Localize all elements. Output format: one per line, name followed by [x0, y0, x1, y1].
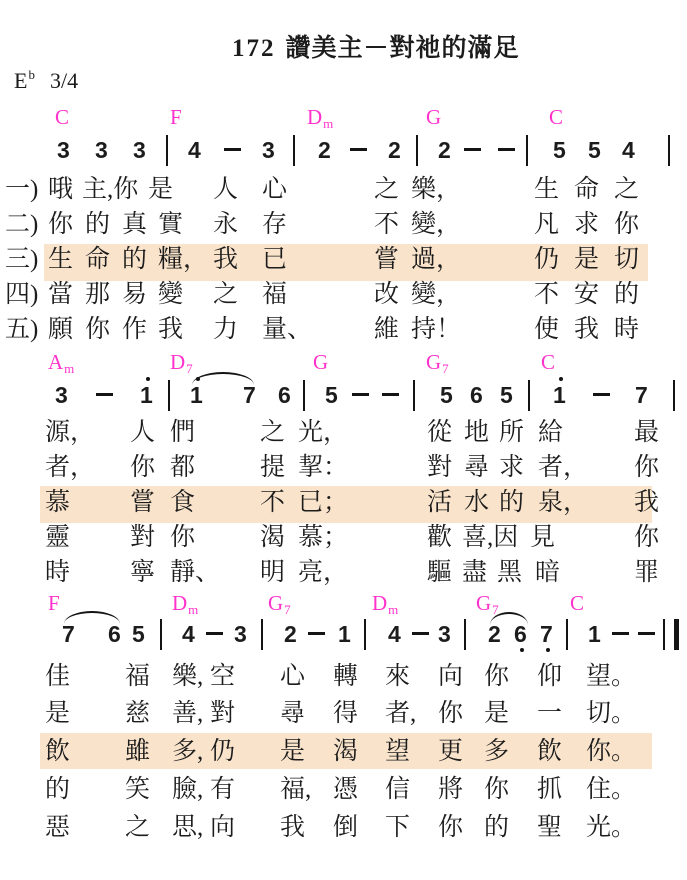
note-digit: 5	[500, 383, 513, 407]
bar-line	[168, 380, 170, 411]
lyric-token: 量、	[262, 316, 312, 344]
lyric-token: 二)	[5, 211, 38, 239]
note-digit: 1	[190, 383, 203, 407]
lyric-token: 將	[438, 776, 463, 804]
lyric-token: 仍	[210, 738, 235, 766]
lyric-token: 福	[125, 663, 150, 691]
chord-label: C	[55, 106, 69, 128]
note-digit: 3	[57, 138, 70, 162]
hymn-sheet-page: 172讚美主－對祂的滿足 Eb3/4 CFDmGCAmD7GG7CFDmG7Dm…	[0, 0, 687, 880]
lyric-token: 心	[262, 176, 287, 204]
lyric-token: 者，	[538, 454, 588, 482]
lyric-token: 提	[260, 454, 285, 482]
slur-arc	[192, 372, 254, 385]
note-dash	[498, 148, 515, 151]
lyric-token: 已；	[298, 489, 348, 517]
lyric-token: 從	[427, 419, 452, 447]
hymn-title: 172讚美主－對祂的滿足	[232, 28, 520, 64]
lyric-token: 驅	[427, 559, 452, 587]
lyric-token: 的	[45, 776, 70, 804]
lyric-token: 活	[427, 489, 452, 517]
lyric-token: 飲	[537, 738, 562, 766]
lyric-token: 地	[464, 419, 489, 447]
lyric-token: 挈：	[298, 454, 348, 482]
lyric-token: 我	[574, 316, 599, 344]
lyric-token: 嘗	[130, 489, 155, 517]
lyric-token: 生	[48, 246, 73, 274]
note-digit: 3	[55, 383, 68, 407]
note-dash	[352, 393, 369, 396]
lyric-token: 惡	[45, 814, 70, 842]
octave-dot-low	[546, 648, 550, 652]
lyric-token: 生	[534, 176, 559, 204]
lyric-token: 多	[484, 738, 509, 766]
lyric-token: 罪	[634, 559, 659, 587]
chord-root: G	[476, 591, 491, 615]
lyric-token: 仰	[537, 663, 562, 691]
note-dash	[382, 393, 399, 396]
note-digit: 4	[388, 622, 401, 646]
hymn-name: 讚美主－對祂的滿足	[286, 35, 520, 62]
chord-root: D	[172, 591, 187, 615]
lyric-token: 一)	[5, 176, 38, 204]
bar-line	[166, 135, 168, 166]
lyric-token: 你	[170, 524, 195, 552]
lyric-token: 願	[48, 316, 73, 344]
lyric-token: 靜、	[170, 559, 220, 587]
lyric-token: 倒	[333, 814, 358, 842]
note-digit: 2	[488, 622, 501, 646]
note-digit: 3	[234, 622, 247, 646]
lyric-token: 求	[574, 211, 599, 239]
lyric-token: 向	[438, 663, 463, 691]
lyric-token: 所	[499, 419, 524, 447]
lyric-token: 心	[280, 663, 305, 691]
note-dash	[206, 632, 223, 635]
chord-label: G	[426, 106, 441, 128]
octave-dot-high	[559, 377, 563, 381]
lyric-token: 你	[634, 454, 659, 482]
bar-line	[413, 380, 415, 411]
lyric-token: 泉，	[538, 489, 588, 517]
lyric-token: 時	[614, 316, 639, 344]
lyric-token: 你	[438, 700, 463, 728]
lyric-token: 變，	[411, 281, 461, 309]
lyric-token: 哦	[48, 176, 73, 204]
chord-root: G	[426, 350, 441, 374]
lyric-token: 樂,	[172, 663, 203, 691]
lyric-token: 福	[262, 281, 287, 309]
lyric-token: 多,	[172, 738, 203, 766]
bar-line	[160, 619, 162, 650]
lyric-token: 過，	[411, 246, 461, 274]
lyric-token: 更	[438, 738, 463, 766]
chord-root: A	[48, 350, 63, 374]
lyric-token: 你	[48, 211, 73, 239]
lyric-token: 我	[213, 246, 238, 274]
lyric-token: 黑	[497, 559, 522, 587]
note-digit: 6	[278, 383, 291, 407]
lyric-token: 空	[210, 663, 235, 691]
lyric-token: 的	[614, 281, 639, 309]
chord-root: D	[170, 350, 185, 374]
lyric-token: 是	[45, 700, 70, 728]
lyric-token: 寧	[130, 559, 155, 587]
key-signature: Eb3/4	[14, 68, 78, 94]
lyric-token: 你	[614, 211, 639, 239]
octave-dot-low	[520, 648, 524, 652]
lyric-token: 食	[170, 489, 195, 517]
chord-root: D	[372, 591, 387, 615]
lyric-token: 切。	[586, 700, 636, 728]
chord-root: F	[48, 591, 60, 615]
lyric-token: 尋	[464, 454, 489, 482]
lyric-token: 明	[260, 559, 285, 587]
bar-line	[528, 380, 530, 411]
lyric-token: 你	[484, 776, 509, 804]
lyric-token: 的	[484, 814, 509, 842]
lyric-token: 你	[438, 814, 463, 842]
note-digit: 5	[440, 383, 453, 407]
lyric-token: 你	[85, 316, 110, 344]
note-digit: 7	[540, 622, 553, 646]
note-digit: 1	[140, 383, 153, 407]
lyric-token: 靈	[45, 524, 70, 552]
chord-root: C	[549, 105, 563, 129]
chord-label: C	[541, 351, 555, 373]
lyric-token: 亮，	[298, 559, 348, 587]
lyric-token: 安	[574, 281, 599, 309]
bar-line	[526, 135, 528, 166]
time-signature: 3/4	[50, 68, 78, 93]
bar-line	[464, 619, 466, 650]
lyric-token: 對	[210, 700, 235, 728]
note-dash	[464, 148, 481, 151]
lyric-token: 之	[374, 176, 399, 204]
lyric-token: 五)	[5, 316, 38, 344]
chord-label: G7	[426, 351, 448, 376]
chord-label: Dm	[172, 592, 197, 617]
lyric-token: 糧，	[158, 246, 208, 274]
note-digit: 2	[318, 138, 331, 162]
octave-dot-high	[146, 377, 150, 381]
lyric-token: 求	[499, 454, 524, 482]
lyric-token: 光。	[586, 814, 636, 842]
lyric-token: 望	[385, 738, 410, 766]
note-dash	[412, 632, 429, 635]
chord-subscript: m	[64, 361, 74, 376]
chord-label: F	[170, 106, 182, 128]
note-digit: 6	[108, 622, 121, 646]
lyric-token: 之	[125, 814, 150, 842]
lyric-token: 福,	[280, 776, 311, 804]
note-digit: 7	[62, 622, 75, 646]
bar-line	[668, 135, 670, 166]
bar-line	[566, 619, 568, 650]
lyric-token: 命	[85, 246, 110, 274]
note-digit: 6	[470, 383, 483, 407]
note-digit: 3	[133, 138, 146, 162]
note-dash	[308, 632, 325, 635]
lyric-token: 的	[85, 211, 110, 239]
chord-subscript: 7	[186, 361, 193, 376]
bar-line	[261, 619, 263, 650]
note-digit: 7	[243, 383, 256, 407]
note-digit: 2	[284, 622, 297, 646]
lyric-token: 慈	[125, 700, 150, 728]
lyric-token: 一	[537, 700, 562, 728]
lyric-token: 不	[374, 211, 399, 239]
chord-label: G7	[476, 592, 498, 617]
lyric-token: 轉	[333, 663, 358, 691]
chord-subscript: 7	[284, 602, 291, 617]
lyric-token: 是	[280, 738, 305, 766]
note-digit: 5	[132, 622, 145, 646]
note-digit: 5	[588, 138, 601, 162]
note-digit: 2	[438, 138, 451, 162]
note-dash	[224, 148, 241, 151]
note-dash	[593, 393, 610, 396]
lyric-token: 命	[574, 176, 599, 204]
lyric-token: 者，	[45, 454, 95, 482]
bar-line	[303, 380, 305, 411]
lyric-token: 慕；	[298, 524, 348, 552]
lyric-token: 最	[634, 419, 659, 447]
lyric-token: 切	[614, 246, 639, 274]
lyric-token: 之	[213, 281, 238, 309]
lyric-token: 的	[122, 246, 147, 274]
bar-line	[673, 380, 675, 411]
chord-label: Dm	[307, 106, 332, 131]
hymn-number: 172	[232, 35, 276, 62]
lyric-token: 已	[262, 246, 287, 274]
chord-label: G7	[268, 592, 290, 617]
lyric-token: 你。	[586, 738, 636, 766]
lyric-token: 望。	[586, 663, 636, 691]
lyric-token: 主,你	[82, 176, 138, 204]
final-bar-line	[663, 619, 679, 650]
note-digit: 7	[635, 383, 648, 407]
lyric-token: 你	[130, 454, 155, 482]
lyric-token: 實	[158, 211, 183, 239]
chord-label: C	[549, 106, 563, 128]
lyric-token: 得	[333, 700, 358, 728]
note-digit: 5	[325, 383, 338, 407]
lyric-token: 使	[534, 316, 559, 344]
note-digit: 4	[622, 138, 635, 162]
note-digit: 2	[388, 138, 401, 162]
note-dash	[350, 148, 367, 151]
lyric-token: 笑	[125, 776, 150, 804]
lyric-token: 善,	[172, 700, 203, 728]
lyric-token: 之	[260, 419, 285, 447]
chord-root: D	[307, 105, 322, 129]
note-digit: 1	[588, 622, 601, 646]
lyric-token: 人	[130, 419, 155, 447]
chord-root: G	[313, 350, 328, 374]
note-digit: 1	[553, 383, 566, 407]
lyric-token: 當	[48, 281, 73, 309]
lyric-token: 信	[385, 776, 410, 804]
lyric-token: 歡	[427, 524, 452, 552]
bar-line	[364, 619, 366, 650]
lyric-token: 抓	[537, 776, 562, 804]
lyric-token: 我	[280, 814, 305, 842]
chord-label: Am	[48, 351, 73, 376]
chord-root: G	[426, 105, 441, 129]
lyric-token: 我	[634, 489, 659, 517]
lyric-token: 易	[122, 281, 147, 309]
lyric-token: 仍	[534, 246, 559, 274]
lyric-token: 飲	[45, 738, 70, 766]
chord-label: D7	[170, 351, 192, 376]
lyric-token: 我	[158, 316, 183, 344]
lyric-token: 對	[130, 524, 155, 552]
note-digit: 6	[514, 622, 527, 646]
note-digit: 3	[95, 138, 108, 162]
bar-line	[293, 135, 295, 166]
chord-label: G	[313, 351, 328, 373]
lyric-token: 你	[484, 663, 509, 691]
lyric-token: 力	[213, 316, 238, 344]
lyric-token: 三)	[5, 246, 38, 274]
lyric-token: 慕	[45, 489, 70, 517]
note-digit: 1	[338, 622, 351, 646]
chord-root: F	[170, 105, 182, 129]
lyric-token: 憑	[333, 776, 358, 804]
note-dash	[638, 632, 655, 635]
slur-arc	[64, 611, 120, 624]
note-digit: 3	[438, 622, 451, 646]
chord-label: F	[48, 592, 60, 614]
chord-label: C	[570, 592, 584, 614]
lyric-token: 你	[634, 524, 659, 552]
lyric-token: 四)	[5, 281, 38, 309]
lyric-token: 改	[374, 281, 399, 309]
lyric-token: 是	[148, 176, 173, 204]
note-digit: 4	[188, 138, 201, 162]
lyric-token: 思,	[172, 814, 203, 842]
lyric-token: 真	[122, 211, 147, 239]
lyric-token: 來	[385, 663, 410, 691]
lyric-token: 向	[210, 814, 235, 842]
lyric-token: 那	[85, 281, 110, 309]
note-digit: 5	[553, 138, 566, 162]
lyric-token: 變，	[411, 211, 461, 239]
lyric-token: 盡	[462, 559, 487, 587]
lyric-token: 樂，	[411, 176, 461, 204]
note-dash	[96, 393, 113, 396]
lyric-token: 尋	[280, 700, 305, 728]
key-root: E	[14, 68, 27, 93]
lyric-token: 變	[158, 281, 183, 309]
lyric-token: 作	[122, 316, 147, 344]
chord-subscript: 7	[442, 361, 449, 376]
lyric-token: 持！	[411, 316, 461, 344]
lyric-token: 不	[260, 489, 285, 517]
lyric-token: 給	[538, 419, 563, 447]
lyric-token: 不	[534, 281, 559, 309]
lyric-token: 臉,	[172, 776, 203, 804]
lyric-token: 源，	[45, 419, 95, 447]
lyric-token: 凡	[534, 211, 559, 239]
lyric-token: 是	[484, 700, 509, 728]
chord-root: C	[570, 591, 584, 615]
lyric-token: 佳	[45, 663, 70, 691]
lyric-token: 渴	[333, 738, 358, 766]
lyric-token: 有	[210, 776, 235, 804]
chord-subscript: m	[188, 602, 198, 617]
lyric-token: 永	[213, 211, 238, 239]
note-dash	[612, 632, 629, 635]
note-digit: 3	[262, 138, 275, 162]
chord-subscript: m	[388, 602, 398, 617]
lyric-token: 喜,因	[462, 524, 518, 552]
lyric-token: 雖	[125, 738, 150, 766]
lyric-token: 的	[499, 489, 524, 517]
lyric-token: 存	[262, 211, 287, 239]
lyric-token: 暗	[535, 559, 560, 587]
lyric-token: 住。	[586, 776, 636, 804]
lyric-token: 時	[45, 559, 70, 587]
lyric-token: 對	[427, 454, 452, 482]
lyric-token: 是	[574, 246, 599, 274]
lyric-token: 下	[385, 814, 410, 842]
chord-label: Dm	[372, 592, 397, 617]
chord-subscript: m	[323, 116, 333, 131]
chord-root: C	[55, 105, 69, 129]
bar-line	[416, 135, 418, 166]
chord-root: G	[268, 591, 283, 615]
lyric-token: 們	[170, 419, 195, 447]
lyric-token: 水	[464, 489, 489, 517]
note-digit: 4	[182, 622, 195, 646]
lyric-token: 光，	[298, 419, 348, 447]
lyric-token: 人	[213, 176, 238, 204]
lyric-token: 嘗	[374, 246, 399, 274]
flat-symbol: b	[28, 67, 35, 82]
lyric-token: 渴	[260, 524, 285, 552]
lyric-token: 都	[170, 454, 195, 482]
lyric-token: 聖	[537, 814, 562, 842]
lyric-token: 維	[374, 316, 399, 344]
lyric-token: 者,	[385, 700, 416, 728]
lyric-token: 見	[530, 524, 555, 552]
chord-root: C	[541, 350, 555, 374]
lyric-token: 之	[614, 176, 639, 204]
